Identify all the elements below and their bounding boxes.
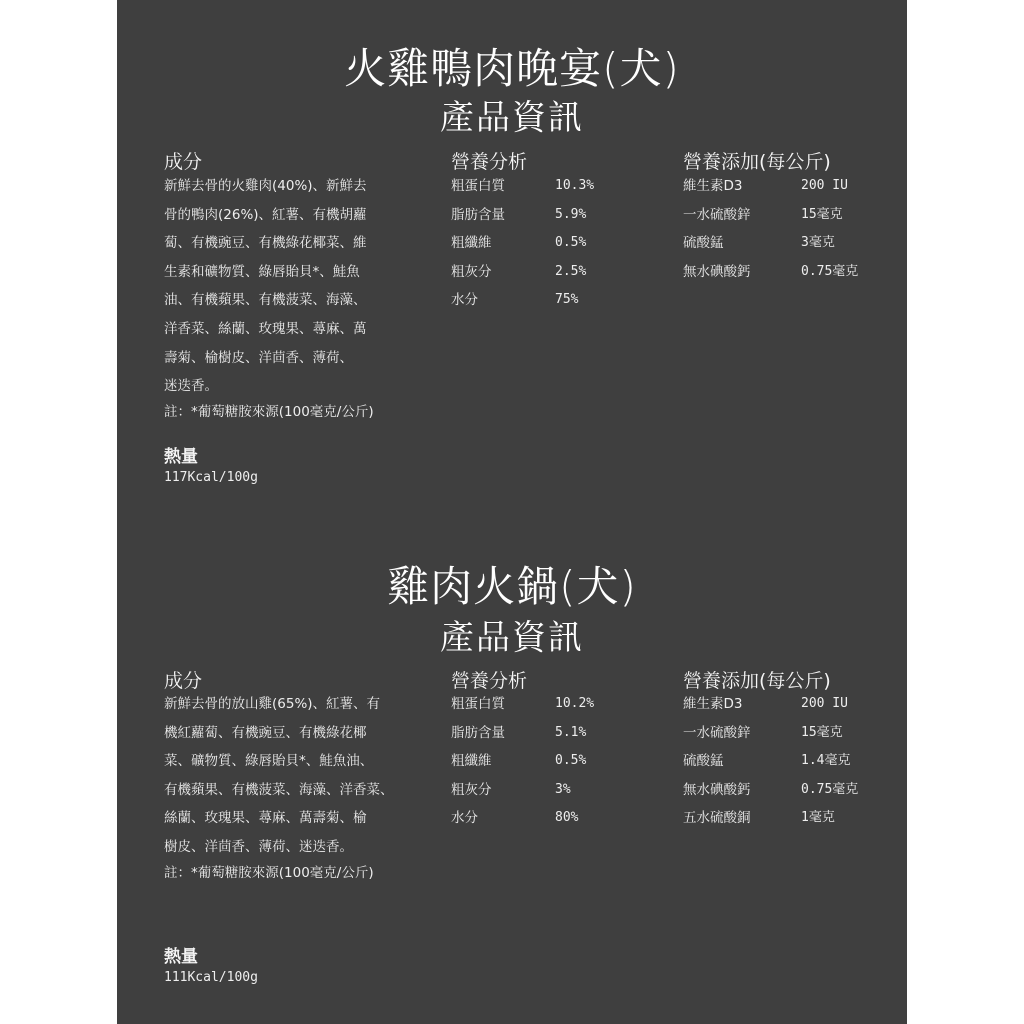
energy-heading: 熱量	[164, 442, 198, 467]
additives-list: 維生素D3 200 IU 一水硫酸鋅 15毫克 硫酸錳 3毫克 無水碘酸鈣 0.…	[683, 172, 893, 286]
analysis-value: 5.1%	[555, 719, 586, 748]
ingredients-line: 壽菊、榆樹皮、洋茴香、薄荷、	[164, 344, 404, 373]
additive-label: 一水硫酸鋅	[683, 719, 751, 748]
analysis-value: 10.2%	[555, 690, 594, 719]
additive-value: 1.4毫克	[801, 747, 850, 776]
ingredients-note: 註：*葡萄糖胺來源(100毫克/公斤)	[164, 861, 374, 881]
analysis-row: 粗灰分 2.5%	[451, 258, 651, 287]
analysis-label: 粗蛋白質	[451, 690, 505, 719]
analysis-value: 75%	[555, 286, 578, 315]
analysis-value: 2.5%	[555, 258, 586, 287]
additive-row: 無水碘酸鈣 0.75毫克	[683, 776, 893, 805]
ingredients-heading: 成分	[164, 147, 202, 174]
additive-label: 維生素D3	[683, 172, 742, 201]
ingredients-text: 新鮮去骨的放山雞(65%)、紅薯、有 機紅蘿蔔、有機豌豆、有機綠花椰 菜、礦物質…	[164, 690, 404, 862]
ingredients-line: 生素和礦物質、綠唇貽貝*、鮭魚	[164, 258, 404, 287]
additive-value: 0.75毫克	[801, 776, 858, 805]
additives-heading: 營養添加(每公斤)	[683, 147, 831, 174]
analysis-value: 0.5%	[555, 229, 586, 258]
additive-row: 五水硫酸銅 1毫克	[683, 804, 893, 833]
analysis-value: 10.3%	[555, 172, 594, 201]
ingredients-line: 迷迭香。	[164, 372, 404, 401]
analysis-heading: 營養分析	[451, 666, 527, 693]
additive-label: 無水碘酸鈣	[683, 776, 751, 805]
additive-label: 一水硫酸鋅	[683, 201, 751, 230]
analysis-label: 粗灰分	[451, 258, 492, 287]
analysis-value: 80%	[555, 804, 578, 833]
additive-row: 維生素D3 200 IU	[683, 172, 893, 201]
additive-label: 硫酸錳	[683, 747, 724, 776]
analysis-row: 水分 75%	[451, 286, 651, 315]
ingredients-line: 新鮮去骨的放山雞(65%)、紅薯、有	[164, 690, 404, 719]
ingredients-text: 新鮮去骨的火雞肉(40%)、新鮮去 骨的鴨肉(26%)、紅薯、有機胡蘿 蔔、有機…	[164, 172, 404, 401]
additives-list: 維生素D3 200 IU 一水硫酸鋅 15毫克 硫酸錳 1.4毫克 無水碘酸鈣 …	[683, 690, 893, 833]
additive-value: 0.75毫克	[801, 258, 858, 287]
additive-value: 3毫克	[801, 229, 835, 258]
analysis-row: 粗灰分 3%	[451, 776, 651, 805]
product-subtitle: 產品資訊	[117, 610, 907, 659]
ingredients-line: 新鮮去骨的火雞肉(40%)、新鮮去	[164, 172, 404, 201]
additive-label: 維生素D3	[683, 690, 742, 719]
additive-label: 無水碘酸鈣	[683, 258, 751, 287]
product-info-panel: 火雞鴨肉晚宴(犬) 產品資訊 成分 新鮮去骨的火雞肉(40%)、新鮮去 骨的鴨肉…	[117, 0, 907, 1024]
ingredients-line: 樹皮、洋茴香、薄荷、迷迭香。	[164, 833, 404, 862]
ingredients-line: 機紅蘿蔔、有機豌豆、有機綠花椰	[164, 719, 404, 748]
ingredients-line: 絲蘭、玫瑰果、蕁麻、萬壽菊、榆	[164, 804, 404, 833]
additive-label: 硫酸錳	[683, 229, 724, 258]
ingredients-heading: 成分	[164, 666, 202, 693]
analysis-row: 水分 80%	[451, 804, 651, 833]
additive-value: 1毫克	[801, 804, 835, 833]
additive-row: 硫酸錳 3毫克	[683, 229, 893, 258]
analysis-value: 0.5%	[555, 747, 586, 776]
additive-value: 200 IU	[801, 172, 848, 201]
analysis-label: 粗灰分	[451, 776, 492, 805]
additive-label: 五水硫酸銅	[683, 804, 751, 833]
analysis-row: 脂肪含量 5.9%	[451, 201, 651, 230]
energy-heading: 熱量	[164, 942, 198, 967]
analysis-row: 脂肪含量 5.1%	[451, 719, 651, 748]
additive-row: 維生素D3 200 IU	[683, 690, 893, 719]
analysis-value: 5.9%	[555, 201, 586, 230]
ingredients-line: 油、有機蘋果、有機菠菜、海藻、	[164, 286, 404, 315]
additive-value: 200 IU	[801, 690, 848, 719]
additive-row: 硫酸錳 1.4毫克	[683, 747, 893, 776]
ingredients-line: 骨的鴨肉(26%)、紅薯、有機胡蘿	[164, 201, 404, 230]
product-title: 火雞鴨肉晚宴(犬)	[117, 36, 907, 96]
analysis-row: 粗纖維 0.5%	[451, 747, 651, 776]
analysis-row: 粗蛋白質 10.2%	[451, 690, 651, 719]
product-subtitle: 產品資訊	[117, 90, 907, 139]
analysis-list: 粗蛋白質 10.2% 脂肪含量 5.1% 粗纖維 0.5% 粗灰分 3% 水分 …	[451, 690, 651, 833]
analysis-label: 水分	[451, 804, 478, 833]
additive-row: 一水硫酸鋅 15毫克	[683, 201, 893, 230]
product-title: 雞肉火鍋(犬)	[117, 554, 907, 614]
additives-heading: 營養添加(每公斤)	[683, 666, 831, 693]
analysis-label: 脂肪含量	[451, 719, 505, 748]
ingredients-line: 有機蘋果、有機菠菜、海藻、洋香菜、	[164, 776, 404, 805]
energy-value: 117Kcal/100g	[164, 470, 258, 485]
ingredients-note: 註：*葡萄糖胺來源(100毫克/公斤)	[164, 400, 374, 420]
additive-row: 無水碘酸鈣 0.75毫克	[683, 258, 893, 287]
analysis-row: 粗纖維 0.5%	[451, 229, 651, 258]
additive-value: 15毫克	[801, 201, 843, 230]
additive-value: 15毫克	[801, 719, 843, 748]
analysis-value: 3%	[555, 776, 571, 805]
ingredients-line: 菜、礦物質、綠唇貽貝*、鮭魚油、	[164, 747, 404, 776]
analysis-list: 粗蛋白質 10.3% 脂肪含量 5.9% 粗纖維 0.5% 粗灰分 2.5% 水…	[451, 172, 651, 315]
analysis-heading: 營養分析	[451, 147, 527, 174]
analysis-label: 粗蛋白質	[451, 172, 505, 201]
analysis-label: 粗纖維	[451, 747, 492, 776]
ingredients-line: 蔔、有機豌豆、有機綠花椰菜、維	[164, 229, 404, 258]
analysis-label: 脂肪含量	[451, 201, 505, 230]
analysis-row: 粗蛋白質 10.3%	[451, 172, 651, 201]
analysis-label: 水分	[451, 286, 478, 315]
energy-value: 111Kcal/100g	[164, 970, 258, 985]
additive-row: 一水硫酸鋅 15毫克	[683, 719, 893, 748]
analysis-label: 粗纖維	[451, 229, 492, 258]
ingredients-line: 洋香菜、絲蘭、玫瑰果、蕁麻、萬	[164, 315, 404, 344]
